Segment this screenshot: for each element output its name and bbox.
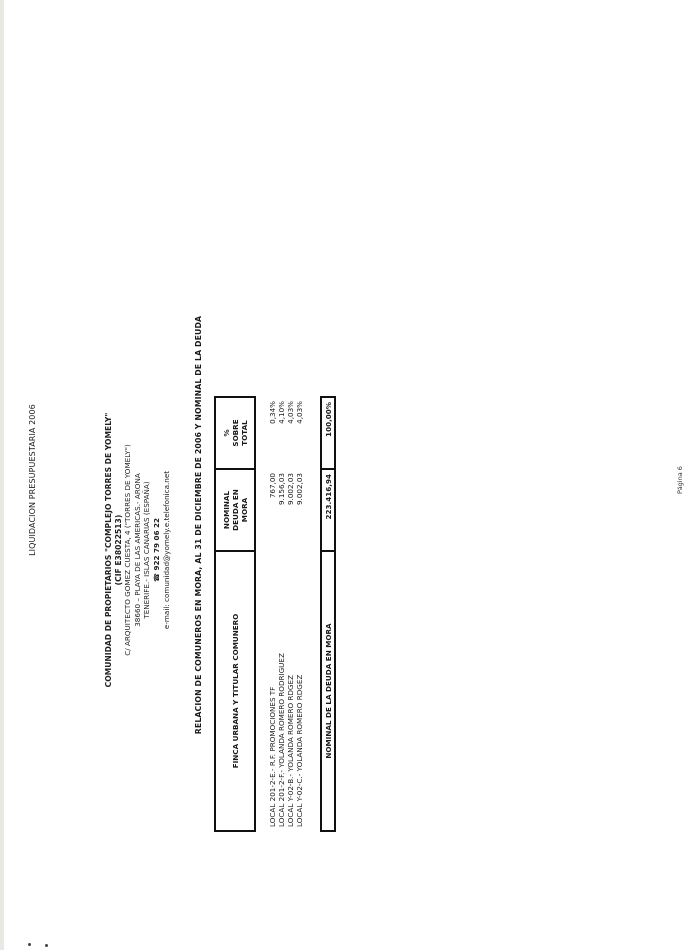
- company-address-line3: TENERIFE.- ISLAS CANARIAS (ESPAÑA): [142, 380, 152, 720]
- company-address-line2: 38660 – PLAYA DE LAS AMERICAS.- ARONA: [133, 380, 143, 720]
- total-nominal: 223.416,94: [321, 469, 335, 551]
- header-nominal: NOMINALDEUDA ENMORA: [215, 469, 255, 551]
- table-row: LOCAL 201-2-F.- YOLANDA ROMERO RODRIGUEZ…: [277, 397, 286, 831]
- scan-edge: [0, 0, 4, 950]
- pct-cell: 4,10%: [277, 397, 286, 469]
- table-body: LOCAL 201-2-E.- R.F. PROMOCIONES TF767,0…: [255, 397, 335, 831]
- finca-cell: LOCAL 201-2-E.- R.F. PROMOCIONES TF: [268, 551, 277, 831]
- pct-cell: 4,03%: [286, 397, 295, 469]
- finca-cell: LOCAL Y-02-B.- YOLANDA ROMERO RDGEZ: [286, 551, 295, 831]
- total-row: NOMINAL DE LA DEUDA EN MORA223.416,94100…: [321, 397, 335, 831]
- running-title: LIQUIDACION PRESUPUESTARIA 2006: [28, 380, 37, 580]
- document-page: LIQUIDACION PRESUPUESTARIA 2006 COMUNIDA…: [0, 0, 700, 950]
- finca-cell: LOCAL Y-02-C.- YOLANDA ROMERO RDGEZ: [295, 551, 304, 831]
- header-finca: FINCA URBANA Y TITULAR COMUNERO: [215, 551, 255, 831]
- header-pct: %SOBRETOTAL: [215, 397, 255, 469]
- scan-speck: [45, 944, 48, 947]
- spacer-row: [304, 397, 321, 831]
- company-phone: ☎ 922 79 06 22: [152, 380, 162, 720]
- company-header: COMUNIDAD DE PROPIETARIOS "COMPLEJO TORR…: [104, 380, 171, 720]
- company-address-line1: C/ ARQUITECTO GOMEZ CUESTA, 4 ("TORRES D…: [123, 380, 133, 720]
- company-email: e-mail: comunidad@yomely.e.telefonica.ne…: [162, 380, 172, 720]
- table-row: LOCAL 201-2-E.- R.F. PROMOCIONES TF767,0…: [268, 397, 277, 831]
- nominal-cell: 9.156,03: [277, 469, 286, 551]
- telephone-icon: ☎ 922 79 06 22: [152, 518, 161, 582]
- debt-table: FINCA URBANA Y TITULAR COMUNERO NOMINALD…: [214, 396, 336, 832]
- table-header-row: FINCA URBANA Y TITULAR COMUNERO NOMINALD…: [215, 397, 255, 831]
- company-name: COMUNIDAD DE PROPIETARIOS "COMPLEJO TORR…: [104, 380, 114, 720]
- scan-speck: [28, 943, 31, 946]
- nominal-cell: 767,00: [268, 469, 277, 551]
- table-row: LOCAL Y-02-B.- YOLANDA ROMERO RDGEZ9.002…: [286, 397, 295, 831]
- spacer-row: [255, 397, 268, 831]
- pct-cell: 4,03%: [295, 397, 304, 469]
- nominal-cell: 9.002,03: [286, 469, 295, 551]
- page-number: Página 6: [676, 460, 684, 500]
- total-pct: 100,00%: [321, 397, 335, 469]
- report-subtitle: RELACION DE COMUNEROS EN MORA, AL 31 DE …: [194, 305, 203, 745]
- total-label: NOMINAL DE LA DEUDA EN MORA: [321, 551, 335, 831]
- pct-cell: 0,34%: [268, 397, 277, 469]
- company-cif: (CIF E38022513): [114, 380, 124, 720]
- finca-cell: LOCAL 201-2-F.- YOLANDA ROMERO RODRIGUEZ: [277, 551, 286, 831]
- table-row: LOCAL Y-02-C.- YOLANDA ROMERO RDGEZ9.002…: [295, 397, 304, 831]
- nominal-cell: 9.002,03: [295, 469, 304, 551]
